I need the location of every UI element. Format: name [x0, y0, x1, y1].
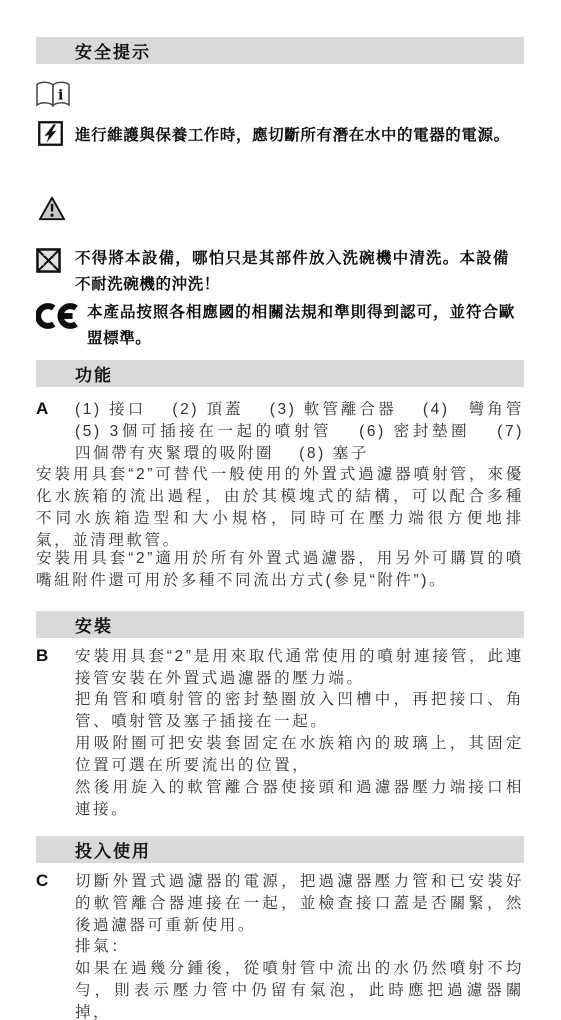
dishwasher-warning-text: 不得將本設備，哪怕只是其部件放入洗碗機中清洗。本設備不耐洗碗機的沖洗！ [75, 246, 509, 298]
open-book-info-icon: i [35, 80, 71, 111]
venting-text: 如果在過幾分鍾後，從噴射管中流出的水仍然噴射不均勻，則表示壓力管中仍留有氣泡，此… [75, 958, 524, 1020]
section-header-installation-label: 安裝 [75, 612, 113, 637]
svg-text:i: i [58, 88, 63, 104]
installation-paragraph-1: 安裝用具套“2”是用來取代通常使用的噴射連接管，此連接管安裝在外置式過濾器的壓力… [75, 646, 524, 690]
section-header-safety: 安全提示 [36, 37, 524, 64]
installation-paragraph-2: 把角管和噴射管的密封墊圈放入凹槽中，再把接口、角管、噴射管及塞子插接在一起。 [75, 689, 524, 733]
no-dishwasher-icon [36, 248, 61, 273]
electric-warning-text: 進行維護與保養工作時，應切斷所有潛在水中的電器的電源。 [75, 123, 513, 149]
section-header-commissioning-label: 投入使用 [75, 837, 151, 862]
lightning-icon [38, 121, 63, 146]
ce-note-text: 本產品按照各相應國的相關法規和準則得到認可，並符合歐盟標準。 [87, 300, 515, 352]
step-label-c: C [36, 871, 48, 891]
installation-paragraph-4: 然後用旋入的軟管離合器使接頭和過濾器壓力端接口相連接。 [75, 777, 524, 821]
section-header-installation: 安裝 [36, 611, 524, 638]
function-paragraph-2: 安裝用具套“2”適用於所有外置式過濾器，用另外可購買的噴嘴組附件還可用於多種不同… [36, 548, 524, 592]
ce-mark [36, 302, 79, 330]
venting-title: 排氣： [75, 936, 524, 958]
section-header-safety-label: 安全提示 [75, 38, 151, 63]
installation-paragraph-3: 用吸附圈可把安裝套固定在水族箱內的玻璃上，其固定位置可選在所要流出的位置， [75, 733, 524, 777]
step-label-a: A [36, 399, 48, 419]
warning-triangle-icon [38, 195, 66, 222]
section-header-function: 功能 [36, 360, 524, 387]
section-header-commissioning: 投入使用 [36, 836, 524, 863]
section-header-function-label: 功能 [75, 361, 113, 386]
step-label-b: B [36, 646, 48, 666]
commissioning-paragraph-1: 切斷外置式過濾器的電源，把過濾器壓力管和已安裝好的軟管離合器連接在一起，並檢查接… [75, 871, 524, 937]
parts-list: (1) 接口 (2) 頂蓋 (3) 軟管離合器 (4) 彎角管 (5) 3個可插… [75, 399, 524, 465]
function-paragraph-1: 安裝用具套“2”可替代一般使用的外置式過濾器噴射管，來優化水族箱的流出過程，由於… [36, 464, 524, 552]
